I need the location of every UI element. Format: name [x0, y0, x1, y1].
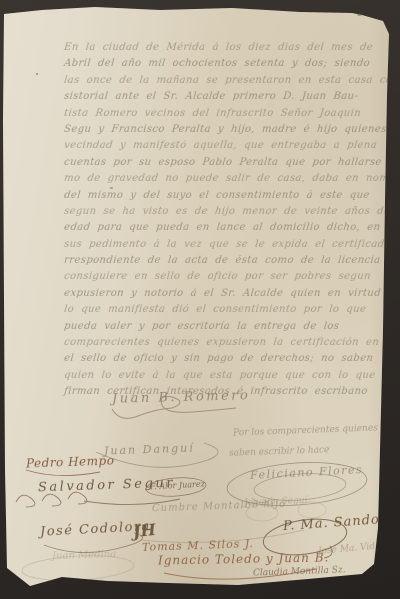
- manuscript-line: Abril del año mil ochocientos setenta y …: [63, 56, 385, 72]
- manuscript-line: quien lo evite á la que esta porque que …: [63, 368, 385, 384]
- manuscript-line: mo de gravedad no puede salir de casa, d…: [63, 171, 385, 187]
- attestation-line-2: saben escribir lo hace: [229, 445, 330, 458]
- manuscript-page: 52 En la ciudad de Mérida á los diez dia…: [0, 0, 400, 599]
- manuscript-line: del mismo y del suyo el consentimiento á…: [63, 188, 385, 204]
- manuscript-line: En la ciudad de Mérida á los diez dias d…: [63, 40, 385, 56]
- manuscript-line: consiguiere en sello de oficio por ser p…: [63, 269, 385, 285]
- manuscript-line: sistorial ante el Sr. Alcalde primero D.…: [63, 89, 385, 105]
- signature-ignacio-toledo: Ignacio Toledo y Juan B.: [158, 551, 330, 568]
- signature-juan-dangui: Juan Danguí: [104, 441, 195, 457]
- signature-juan-b-romero: Juan B. Romero: [112, 388, 251, 407]
- manuscript-line: rrespondiente de la acta de ésta como de…: [63, 253, 385, 269]
- manuscript-line: pueda valer y por escritoría la entrega …: [63, 319, 385, 335]
- manuscript-line: expusieron y notorio á el Sr. Alcalde qu…: [63, 286, 385, 302]
- signature-pm-sandoval: P. Ma. Sandoval: [283, 511, 400, 534]
- manuscript-line: cuentas por su esposo Pablo Peralta que …: [63, 155, 385, 171]
- manuscript-line: comparecientes quienes expusieron la cer…: [63, 335, 385, 351]
- signature-alor-juarez: F. Alor Juarez: [150, 480, 205, 492]
- signature-monogram: JH: [132, 520, 157, 541]
- signature-claudio-montilla: Claudia Montilla Sz.: [253, 565, 346, 578]
- manuscript-line: las once de la mañana se presentaron en …: [63, 73, 385, 89]
- folio-number: 52: [356, 4, 371, 18]
- manuscript-line: el sello de oficio y sin pago de derecho…: [63, 351, 385, 367]
- manuscript-line: segun se ha visto es de hijo menor de ve…: [63, 204, 385, 220]
- ink-speck: [36, 73, 38, 75]
- manuscript-body: En la ciudad de Mérida á los diez dias d…: [64, 40, 384, 401]
- manuscript-line: lo que manifiesta dió el consentimiento …: [63, 302, 385, 318]
- signature-juan-medina: Juan Medina: [52, 549, 117, 562]
- manuscript-line: tista Romero vecinos del infrascrito Señ…: [63, 106, 385, 122]
- manuscript-line: vecindad y manifestó aquella, que entreg…: [63, 138, 385, 154]
- manuscript-line: edad para que pueda en lance al domicili…: [63, 220, 385, 236]
- signature-jose-vidal: José Ma. Vidal: [318, 541, 384, 557]
- signature-feliciano-flores: Feliciano Flores: [250, 463, 364, 482]
- manuscript-line: Segu y Francisco Peralta y hijo, madre é…: [63, 122, 385, 138]
- photo-backdrop: { "document": { "folio_number": "52", "b…: [0, 0, 400, 599]
- signature-joaquin-segui: Joaquin Seguí: [244, 496, 308, 508]
- manuscript-line: sus pedimento á la vez que se le expida …: [63, 237, 385, 253]
- signature-pedro-hempo: Pedro Hempo: [26, 453, 115, 470]
- ink-speck: [110, 187, 113, 189]
- attestation-line-1: Por los comparecientes quienes: [233, 423, 378, 438]
